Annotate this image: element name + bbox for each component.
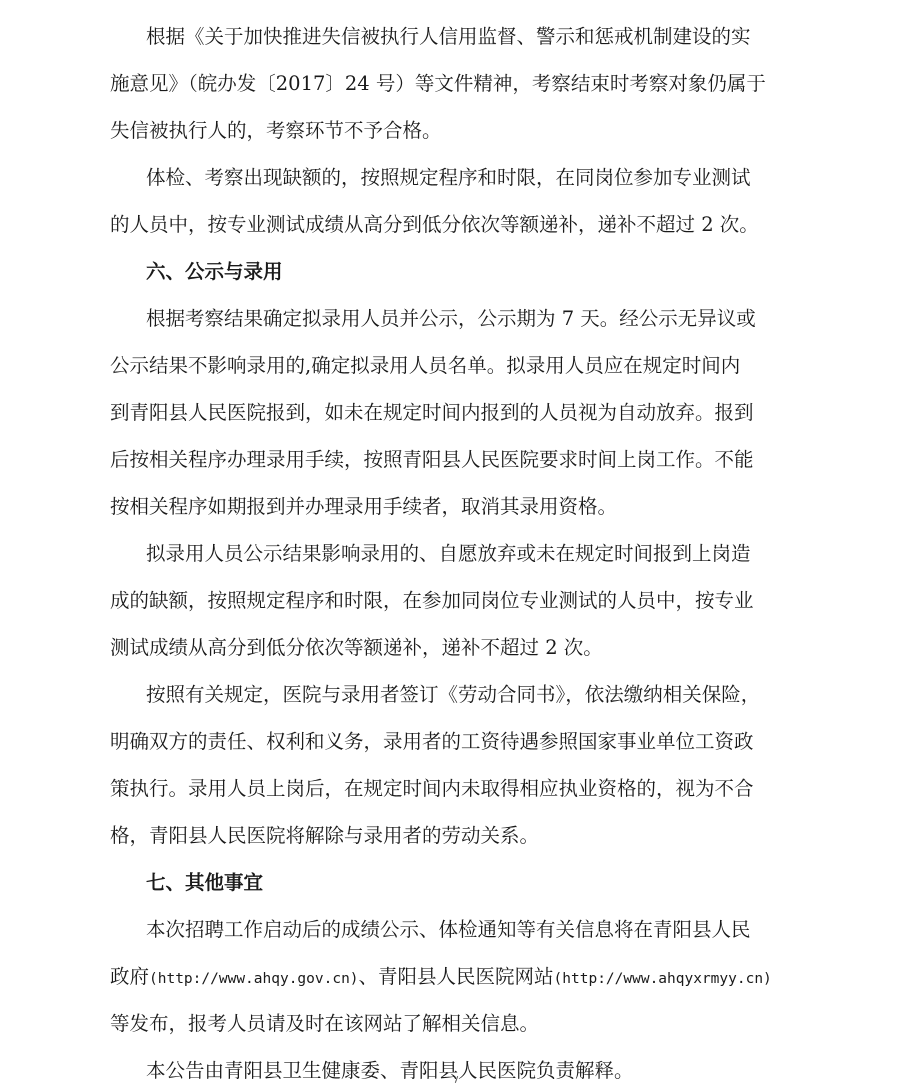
paragraph-line: 拟录用人员公示结果影响录用的、自愿放弃或未在规定时间报到上岗造	[146, 541, 751, 567]
paragraph-line: 的人员中，按专业测试成绩从高分到低分依次等额递补，递补不超过 2 次。	[110, 212, 759, 238]
text-fragment: 、青阳县人民医院网站	[359, 965, 554, 988]
section-heading: 七、其他事宜	[146, 870, 263, 896]
paragraph-line: 体检、考察出现缺额的，按照规定程序和时限，在同岗位参加专业测试	[146, 165, 751, 191]
paragraph-line: 等发布，报考人员请及时在该网站了解相关信息。	[110, 1011, 539, 1037]
website-link[interactable]: (http://www.ahqy.gov.cn)	[149, 971, 359, 987]
paragraph-line: 按相关程序如期报到并办理录用手续者，取消其录用资格。	[110, 494, 617, 520]
paragraph-line-with-links: 政府(http://www.ahqy.gov.cn)、青阳县人民医院网站(htt…	[110, 964, 772, 992]
paragraph-line: 本公告由青阳县卫生健康委、青阳县人民医院负责解释。	[146, 1058, 634, 1084]
paragraph-line: 测试成绩从高分到低分依次等额递补，递补不超过 2 次。	[110, 635, 603, 661]
paragraph-line: 策执行。录用人员上岗后，在规定时间内未取得相应执业资格的，视为不合	[110, 776, 754, 802]
paragraph-line: 根据《关于加快推进失信被执行人信用监督、警示和惩戒机制建设的实	[146, 24, 751, 50]
paragraph-line: 成的缺额，按照规定程序和时限，在参加同岗位专业测试的人员中，按专业	[110, 588, 754, 614]
paragraph-line: 明确双方的责任、权利和义务，录用者的工资待遇参照国家事业单位工资政	[110, 729, 754, 755]
paragraph-line: 施意见》（皖办发〔2017〕24 号）等文件精神，考察结束时考察对象仍属于	[110, 71, 766, 97]
paragraph-line: 后按相关程序办理录用手续，按照青阳县人民医院要求时间上岗工作。不能	[110, 447, 754, 473]
paragraph-line: 本次招聘工作启动后的成绩公示、体检通知等有关信息将在青阳县人民	[146, 917, 751, 943]
paragraph-line: 公示结果不影响录用的,确定拟录用人员名单。拟录用人员应在规定时间内	[110, 353, 740, 379]
paragraph-line: 根据考察结果确定拟录用人员并公示，公示期为 7 天。经公示无异议或	[146, 306, 756, 332]
section-heading: 六、公示与录用	[146, 259, 283, 285]
text-fragment: 政府	[110, 965, 149, 988]
website-link[interactable]: (http://www.ahqyxrmyy.cn)	[554, 971, 772, 987]
paragraph-line: 失信被执行人的，考察环节不予合格。	[110, 118, 442, 144]
paragraph-line: 按照有关规定，医院与录用者签订《劳动合同书》，依法缴纳相关保险，	[146, 682, 760, 708]
paragraph-line: 到青阳县人民医院报到，如未在规定时间内报到的人员视为自动放弃。报到	[110, 400, 754, 426]
paragraph-line: 格，青阳县人民医院将解除与录用者的劳动关系。	[110, 823, 539, 849]
